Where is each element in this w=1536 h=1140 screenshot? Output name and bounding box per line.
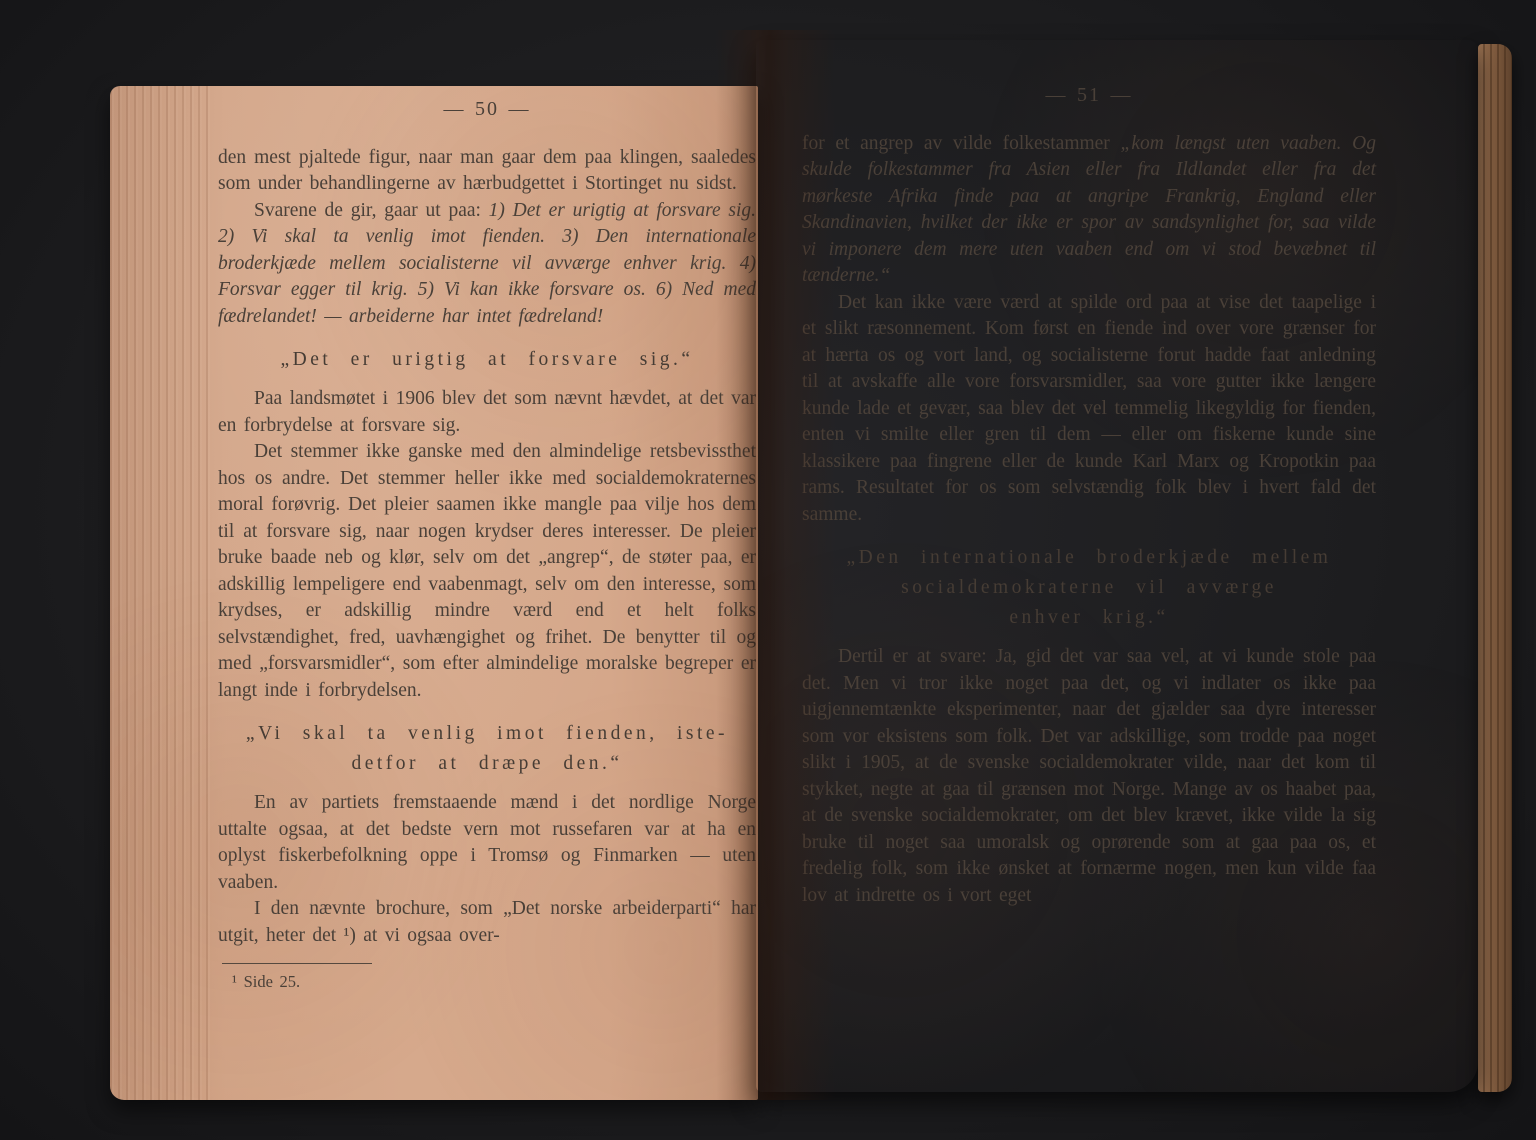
paragraph-continuation-right: for et angrep av vilde folkestammer „kom… [802, 131, 1376, 290]
book-page-right: — 51 — for et angrep av vilde folkestamm… [756, 40, 1478, 1092]
heading-vi-skal-ta-venlig: „Vi skal ta venlig imot fienden, iste- d… [218, 719, 756, 779]
paragraph-nordlige-norge: En av partiets fremstaaende mænd i det n… [218, 790, 756, 896]
continuation-quote-italic: „kom længst uten vaaben. Og skulde folke… [802, 133, 1376, 287]
paragraph-continuation: den mest pjaltede figur, naar man gaar d… [218, 145, 756, 198]
right-page-text-column: — 51 — for et angrep av vilde folkestamm… [802, 82, 1376, 909]
paragraph-dertil-er-at-svare: Dertil er at svare: Ja, gid det var saa … [802, 644, 1376, 909]
heading-det-er-urigtig: „Det er urigtig at forsvare sig.“ [218, 345, 756, 375]
heading-broderkjede: „Den internationale broderkjæde mellem s… [802, 543, 1376, 633]
page-number-51: — 51 — [802, 82, 1376, 109]
paragraph-spilde-ord: Det kan ikke være værd at spilde ord paa… [802, 290, 1376, 529]
book-fore-edge [1478, 44, 1512, 1092]
paragraph-brochure: I den nævnte brochure, som „Det norske a… [218, 896, 756, 949]
footnote-rule [222, 963, 372, 964]
left-page-text-column: — 50 — den mest pjaltede figur, naar man… [218, 96, 756, 996]
answers-lead: Svarene de gir, gaar ut paa: [254, 200, 489, 221]
page-number-50: — 50 — [218, 96, 756, 123]
page-stack-edges [110, 86, 210, 1100]
paragraph-answers: Svarene de gir, gaar ut paa: 1) Det er u… [218, 198, 756, 331]
footnote-side-25: ¹ Side 25. [232, 969, 756, 996]
continuation-lead: for et angrep av vilde folkestammer [802, 133, 1120, 154]
paragraph-landsmotet: Paa landsmøtet i 1906 blev det som nævnt… [218, 386, 756, 439]
paragraph-det-stemmer: Det stemmer ikke ganske med den almindel… [218, 439, 756, 704]
book-page-left: — 50 — den mest pjaltede figur, naar man… [110, 86, 758, 1100]
book-scan-photo: — 50 — den mest pjaltede figur, naar man… [0, 0, 1536, 1140]
